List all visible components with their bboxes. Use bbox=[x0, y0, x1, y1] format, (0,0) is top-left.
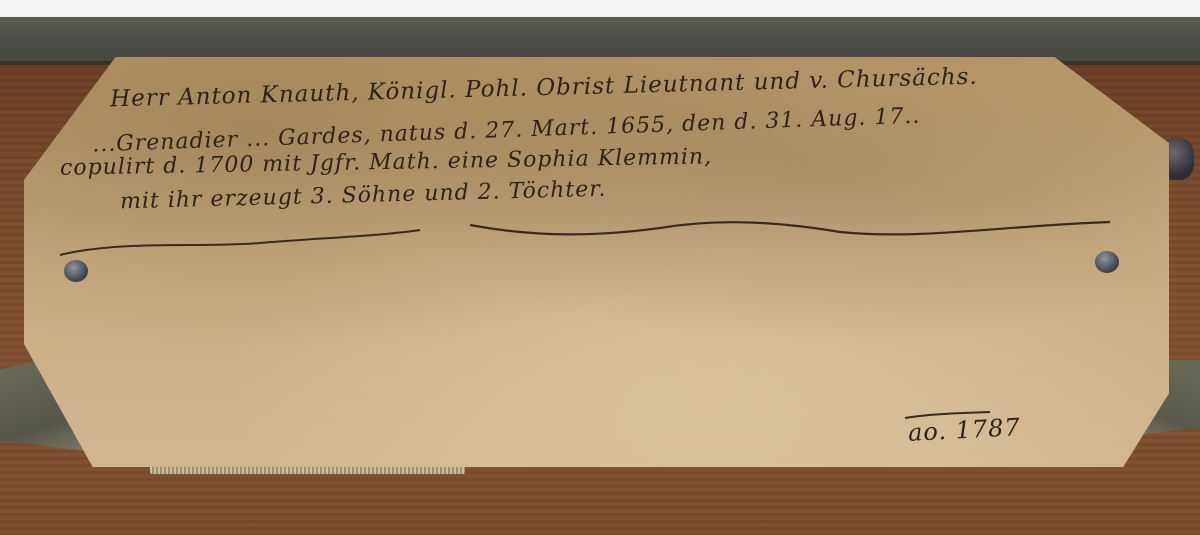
photograph: Herr Anton Knauth, Königl. Pohl. Obrist … bbox=[0, 0, 1200, 535]
tack-left bbox=[64, 260, 88, 282]
handwriting-date: ao. 1787 bbox=[907, 413, 1021, 447]
tack-right bbox=[1095, 251, 1119, 273]
